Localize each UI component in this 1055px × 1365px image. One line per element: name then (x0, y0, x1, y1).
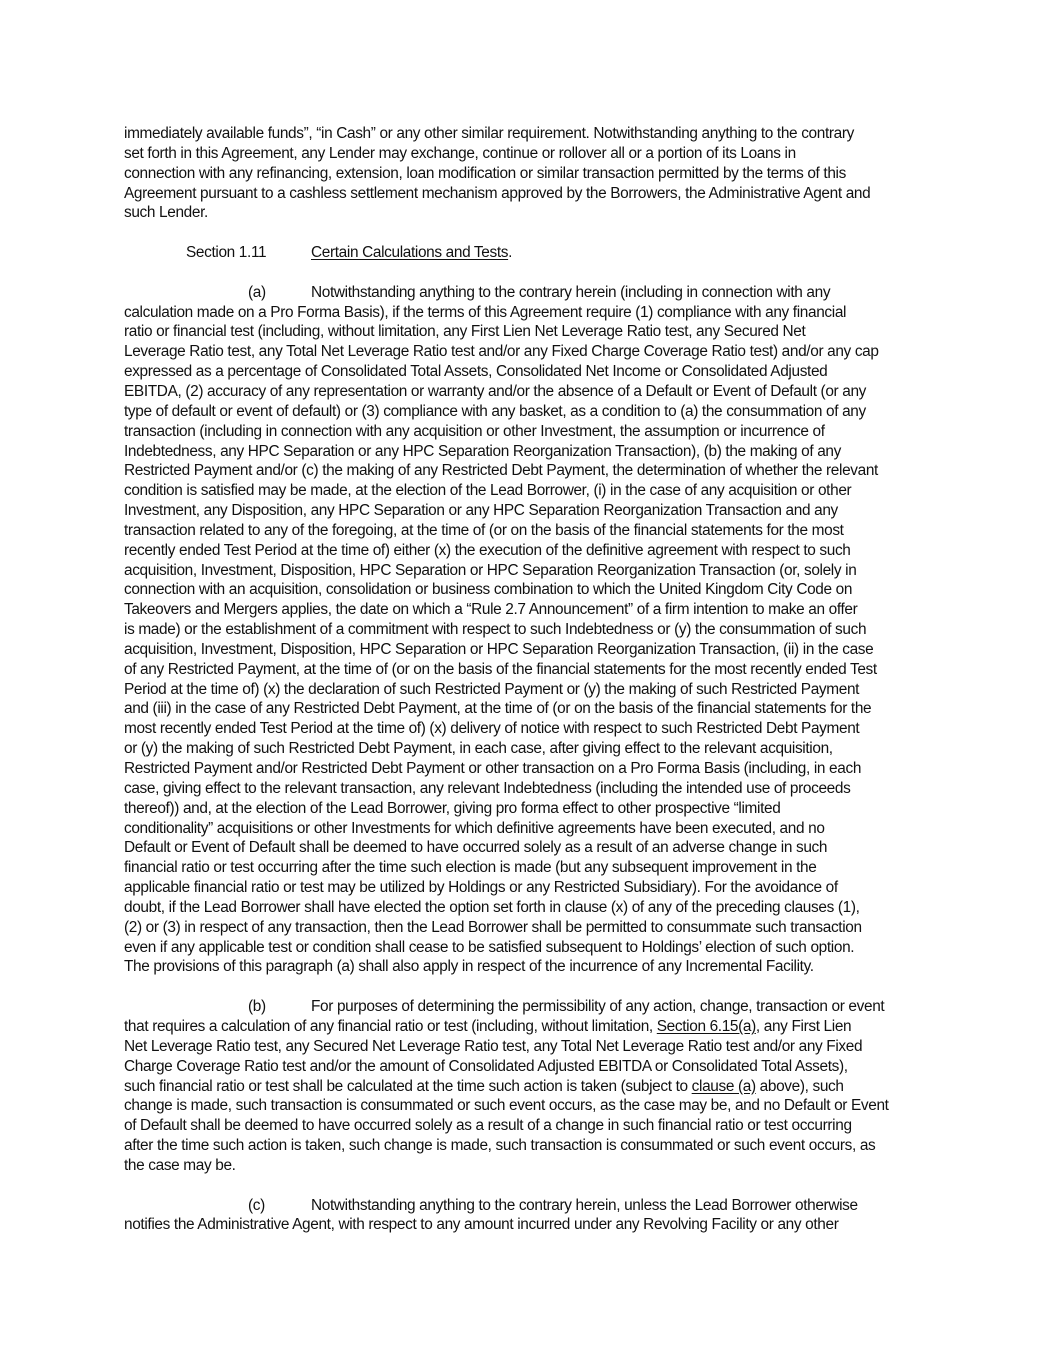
text-line: Net Leverage Ratio test, any Secured Net… (124, 1037, 936, 1057)
text-line: condition is satisfied may be made, at t… (124, 481, 936, 501)
clause-b-first-line: (b)For purposes of determining the permi… (124, 997, 936, 1017)
text-run: above), such (756, 1078, 844, 1095)
text-line: conditionality” acquisitions or other In… (124, 819, 936, 839)
text-line: is made) or the establishment of a commi… (124, 620, 936, 640)
section-title-period: . (508, 244, 512, 261)
text-line: the case may be. (124, 1156, 936, 1176)
text-line: applicable financial ratio or test may b… (124, 878, 936, 898)
clause-a-first-line: (a)Notwithstanding anything to the contr… (124, 283, 936, 303)
text-line: doubt, if the Lead Borrower shall have e… (124, 898, 936, 918)
text-line: Agreement pursuant to a cashless settlem… (124, 184, 936, 204)
cross-reference-clause-a: clause (a) (692, 1078, 756, 1095)
text-line: connection with any refinancing, extensi… (124, 164, 936, 184)
clause-c-paragraph: (c)Notwithstanding anything to the contr… (124, 1196, 936, 1236)
clause-a-lead-text: Notwithstanding anything to the contrary… (311, 284, 830, 301)
cross-reference-section-6-15a: Section 6.15(a) (657, 1018, 756, 1035)
text-line: calculation made on a Pro Forma Basis), … (124, 303, 936, 323)
section-number: Section 1.11 (186, 243, 311, 263)
clause-c-lead-text: Notwithstanding anything to the contrary… (311, 1197, 858, 1214)
text-line: Investment, any Disposition, any HPC Sep… (124, 501, 936, 521)
text-line: case, giving effect to the relevant tran… (124, 779, 936, 799)
text-line: most recently ended Test Period at the t… (124, 719, 936, 739)
text-line: after the time such action is taken, suc… (124, 1136, 936, 1156)
clause-c-label: (c) (248, 1196, 311, 1216)
text-line: such Lender. (124, 203, 936, 223)
text-line: expressed as a percentage of Consolidate… (124, 362, 936, 382)
section-title: Certain Calculations and Tests (311, 244, 508, 261)
text-line: acquisition, Investment, Disposition, HP… (124, 561, 936, 581)
text-line: Indebtedness, any HPC Separation or any … (124, 442, 936, 462)
text-line: notifies the Administrative Agent, with … (124, 1215, 936, 1235)
clause-b-paragraph: (b)For purposes of determining the permi… (124, 997, 936, 1176)
text-line: Takeovers and Mergers applies, the date … (124, 600, 936, 620)
text-line: Charge Coverage Ratio test and/or the am… (124, 1057, 936, 1077)
text-line: Leverage Ratio test, any Total Net Lever… (124, 342, 936, 362)
clause-b-label: (b) (248, 997, 311, 1017)
text-line: Default or Event of Default shall be dee… (124, 838, 936, 858)
text-line: such financial ratio or test shall be ca… (124, 1077, 936, 1097)
clause-c-first-line: (c)Notwithstanding anything to the contr… (124, 1196, 936, 1216)
text-line: set forth in this Agreement, any Lender … (124, 144, 936, 164)
clause-a-paragraph: (a)Notwithstanding anything to the contr… (124, 283, 936, 978)
text-line: that requires a calculation of any finan… (124, 1017, 936, 1037)
text-line: Restricted Payment and/or (c) the making… (124, 461, 936, 481)
text-line: The provisions of this paragraph (a) sha… (124, 957, 936, 977)
text-line: recently ended Test Period at the time o… (124, 541, 936, 561)
text-line: transaction (including in connection wit… (124, 422, 936, 442)
text-line: change is made, such transaction is cons… (124, 1096, 936, 1116)
text-line: ratio or financial test (including, with… (124, 322, 936, 342)
text-run: , any First Lien (756, 1018, 851, 1035)
text-line: Period at the time of) (x) the declarati… (124, 680, 936, 700)
text-run: such financial ratio or test shall be ca… (124, 1078, 692, 1095)
text-line: connection with an acquisition, consolid… (124, 580, 936, 600)
text-line: or (y) the making of such Restricted Deb… (124, 739, 936, 759)
text-line: financial ratio or test occurring after … (124, 858, 936, 878)
text-line: of any Restricted Payment, at the time o… (124, 660, 936, 680)
text-line: (2) or (3) in respect of any transaction… (124, 918, 936, 938)
text-line: transaction related to any of the forego… (124, 521, 936, 541)
clause-b-lead-text: For purposes of determining the permissi… (311, 998, 884, 1015)
text-line: type of default or event of default) or … (124, 402, 936, 422)
carryover-paragraph: immediately available funds”, “in Cash” … (124, 124, 936, 223)
text-line: even if any applicable test or condition… (124, 938, 936, 958)
text-line: Restricted Payment and/or Restricted Deb… (124, 759, 936, 779)
text-line: EBITDA, (2) accuracy of any representati… (124, 382, 936, 402)
text-line: and (iii) in the case of any Restricted … (124, 699, 936, 719)
text-line: thereof)) and, at the election of the Le… (124, 799, 936, 819)
text-line: of Default shall be deemed to have occur… (124, 1116, 936, 1136)
text-run: that requires a calculation of any finan… (124, 1018, 657, 1035)
document-page: immediately available funds”, “in Cash” … (124, 124, 936, 1255)
clause-a-label: (a) (248, 283, 311, 303)
text-line: acquisition, Investment, Disposition, HP… (124, 640, 936, 660)
section-heading: Section 1.11Certain Calculations and Tes… (124, 243, 936, 263)
text-line: immediately available funds”, “in Cash” … (124, 124, 936, 144)
